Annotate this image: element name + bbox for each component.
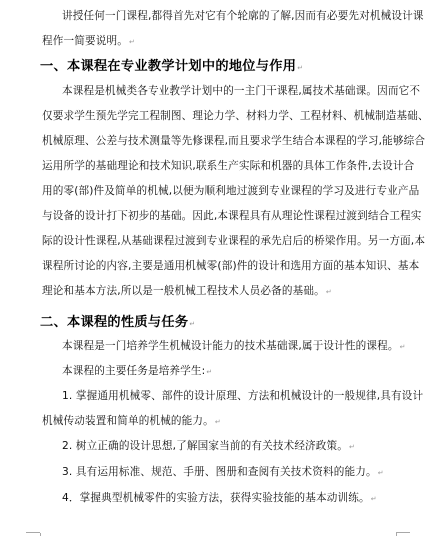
intro-line-1: 讲授任何一门课程,都得首先对它有个轮廓的了解,因而有必要先对机械设计课	[62, 9, 424, 23]
text: 理论和基本方法,所以是一般机械工程技术人员必备的基础。	[42, 285, 325, 297]
paragraph-mark: ↵	[215, 418, 221, 426]
paragraph-mark: ↵	[400, 343, 406, 351]
section-2-line-6: 3. 具有运用标准、规范、手册、图册和查阅有关技术资料的能力。↵	[62, 465, 384, 480]
paragraph-mark: ↵	[371, 495, 377, 503]
text: 4．掌握典型机械零件的实验方法，获得实验技能的基本动训练。	[62, 492, 370, 504]
paragraph-mark: ↵	[189, 320, 195, 328]
paragraph-mark: ↵	[349, 443, 355, 451]
section-1-line-2: 仅要求学生预先学完工程制图、理论力学、材料力学、工程材料、机械制造基础、	[42, 109, 426, 123]
section-2-line-1: 本课程是一门培养学生机械设计能力的技术基础课,属于设计性的课程。↵	[62, 339, 406, 354]
heading-text: 一、本课程在专业教学计划中的地位与作用	[40, 59, 296, 74]
section-1-line-3: 机械原理、公差与技术测量等先修课程,而且要求学生结合本课程的学习,能够综合	[42, 134, 425, 148]
paragraph-mark: ↵	[297, 64, 303, 72]
section-1-line-4: 运用所学的基础理论和技术知识,联系生产实际和机器的具体工作条件,去设计合	[42, 159, 414, 173]
crop-mark-bottom-left	[26, 532, 40, 536]
section-2-line-5: 2. 树立正确的设计思想,了解国家当前的有关技术经济政策。↵	[62, 439, 355, 454]
crop-mark-bottom-right	[396, 532, 410, 536]
paragraph-mark: ↵	[129, 38, 135, 46]
section-1-heading: 一、本课程在专业教学计划中的地位与作用↵	[40, 58, 303, 77]
section-2-line-4: 机械传动装置和简单的机械的能力。↵	[42, 414, 221, 429]
document-page: 讲授任何一门课程,都得首先对它有个轮廓的了解,因而有必要先对机械设计课 程作一简…	[0, 0, 426, 536]
section-1-line-7: 际的设计性课程,从基础课程过渡到专业课程的承先启后的桥梁作用。另一方面,本	[42, 234, 425, 248]
paragraph-mark: ↵	[378, 469, 384, 477]
intro-line-2: 程作一简要说明。↵	[42, 34, 135, 49]
section-1-line-9: 理论和基本方法,所以是一般机械工程技术人员必备的基础。↵	[42, 284, 332, 299]
text: 程作一简要说明。	[42, 35, 128, 47]
section-2-line-3: 1. 掌握通用机械零、部件的设计原理、方法和机械设计的一般规律,具有设计	[62, 389, 423, 403]
text: 2. 树立正确的设计思想,了解国家当前的有关技术经济政策。	[62, 440, 348, 452]
paragraph-mark: ↵	[206, 368, 212, 376]
text: 讲授任何一门课程,都得首先对它有个轮廓的了解,因而有必要先对机械设计课	[62, 10, 424, 22]
section-2-line-7: 4．掌握典型机械零件的实验方法，获得实验技能的基本动训练。↵	[62, 491, 377, 506]
text: 仅要求学生预先学完工程制图、理论力学、材料力学、工程材料、机械制造基础、	[42, 110, 426, 122]
text: 本课程的主要任务是培养学生:	[62, 365, 205, 377]
text: 课程所讨论的内容,主要是通用机械零(部)件的设计和选用方面的基本知识、基本	[42, 260, 419, 272]
section-2-heading: 二、本课程的性质与任务↵	[40, 314, 196, 333]
section-2-line-2: 本课程的主要任务是培养学生:↵	[62, 364, 212, 379]
text: 与设备的设计打下初步的基础。因此,本课程具有从理论性课程过渡到结合工程实	[42, 210, 422, 222]
text: 机械原理、公差与技术测量等先修课程,而且要求学生结合本课程的学习,能够综合	[42, 135, 425, 147]
text: 运用所学的基础理论和技术知识,联系生产实际和机器的具体工作条件,去设计合	[42, 160, 414, 172]
text: 本课程是机械类各专业教学计划中的一主门干课程,属技术基础课。因而它不	[62, 85, 420, 97]
text: 3. 具有运用标准、规范、手册、图册和查阅有关技术资料的能力。	[62, 466, 377, 478]
text: 1. 掌握通用机械零、部件的设计原理、方法和机械设计的一般规律,具有设计	[62, 390, 423, 402]
section-1-line-6: 与设备的设计打下初步的基础。因此,本课程具有从理论性课程过渡到结合工程实	[42, 209, 422, 223]
section-1-line-8: 课程所讨论的内容,主要是通用机械零(部)件的设计和选用方面的基本知识、基本	[42, 259, 419, 273]
text: 用的零(部)件及简单的机械,以便为顺利地过渡到专业课程的学习及进行专业产品	[42, 185, 419, 197]
text: 机械传动装置和简单的机械的能力。	[42, 415, 214, 427]
text: 本课程是一门培养学生机械设计能力的技术基础课,属于设计性的课程。	[62, 340, 399, 352]
paragraph-mark: ↵	[326, 288, 332, 296]
section-1-line-1: 本课程是机械类各专业教学计划中的一主门干课程,属技术基础课。因而它不	[62, 84, 420, 98]
section-1-line-5: 用的零(部)件及简单的机械,以便为顺利地过渡到专业课程的学习及进行专业产品	[42, 184, 419, 198]
text: 际的设计性课程,从基础课程过渡到专业课程的承先启后的桥梁作用。另一方面,本	[42, 235, 425, 247]
heading-text: 二、本课程的性质与任务	[40, 315, 188, 330]
